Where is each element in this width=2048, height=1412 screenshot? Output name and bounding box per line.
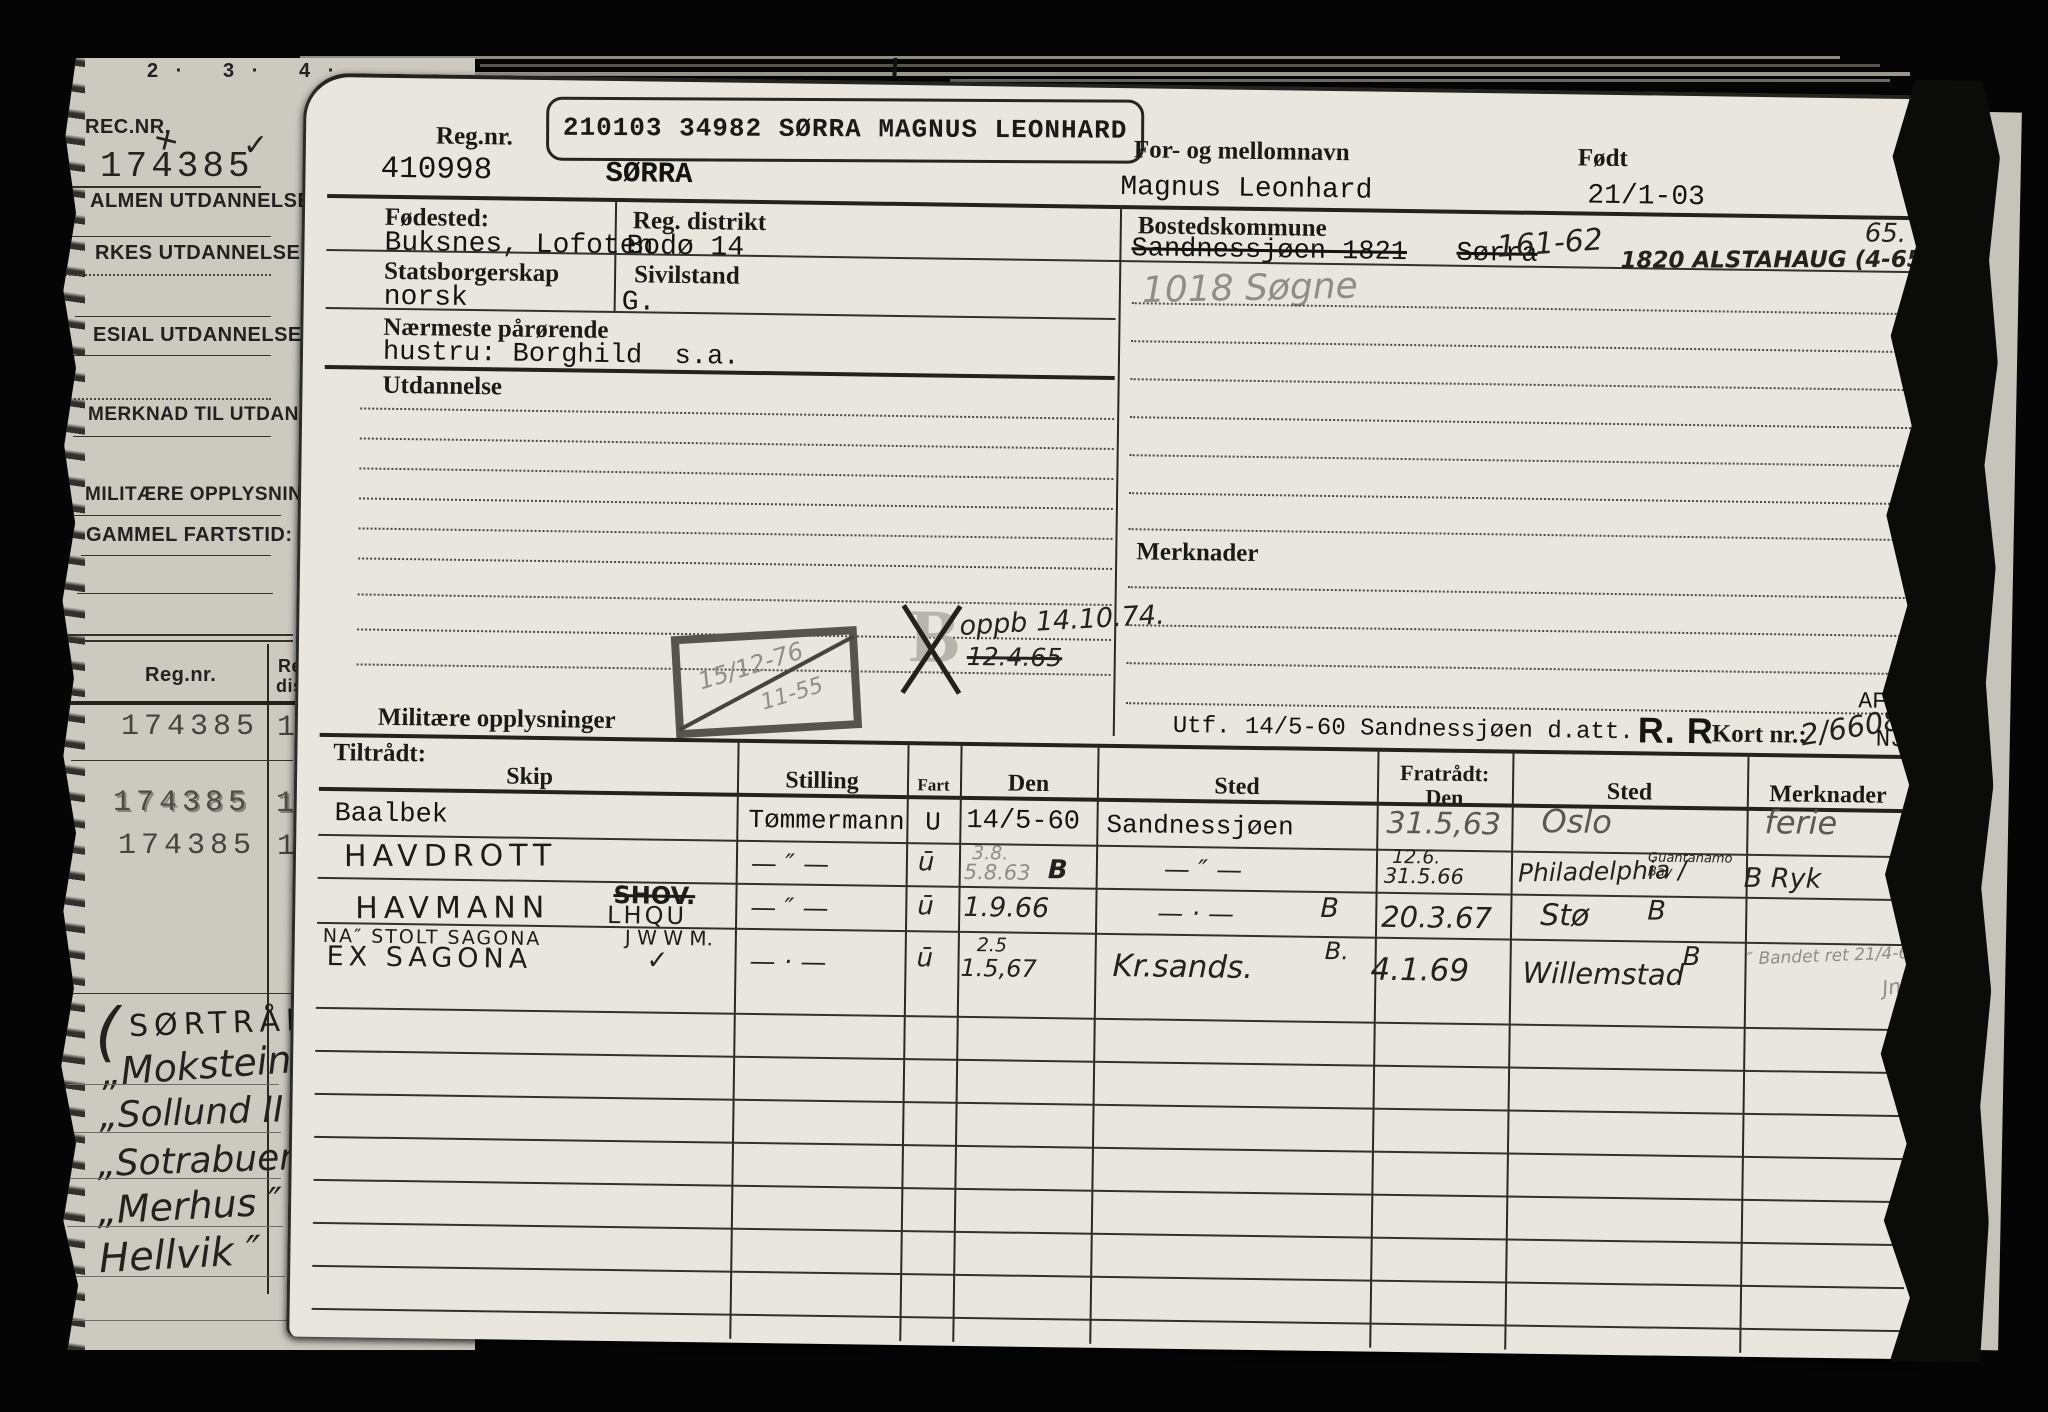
dotted-rule [1128, 586, 1912, 599]
rule [69, 993, 293, 994]
row-rule [314, 1136, 1906, 1160]
almen-utdannelse-label: ALMEN UTDANNELSE: [90, 190, 319, 213]
row-skip: HAVMANN [355, 890, 550, 926]
row-fart: ū [918, 847, 935, 877]
sivilstand-value: G. [622, 287, 656, 318]
rule [77, 593, 273, 594]
row-rule [315, 1050, 1907, 1074]
rule [73, 436, 271, 437]
row-den: 14/5-60 [966, 806, 1080, 838]
row-fart: ū [916, 943, 933, 973]
dotted-rule [1131, 378, 1915, 391]
paper-stack-edge [480, 64, 1880, 67]
row-sted: Kr.sands. [1112, 948, 1253, 986]
row-den: 1.9.66 [963, 892, 1049, 924]
dotted-rule [1131, 340, 1915, 353]
row-stilling: Tømmermann [748, 805, 904, 837]
row-sted2-extra: Guantanamo Bay [1648, 851, 1748, 880]
row-skip: HAVDROTT [344, 838, 557, 874]
rule [67, 1226, 283, 1227]
scanned-register-card: 2 · 3 · 4 · + REC.NR. 174385 ✓ ALMEN UTD… [0, 0, 2048, 1412]
utf-line: Utf. 14/5-60 Sandnessjøen d.att. [1173, 713, 1634, 746]
row-rule [317, 922, 1909, 946]
rec-nr-value: 174385 [100, 146, 254, 187]
rule-dashed [67, 398, 271, 400]
rule [67, 1132, 281, 1133]
rule [67, 1320, 287, 1321]
row-stilling: — ″ — [750, 893, 829, 924]
merknader-label: Merknader [1136, 538, 1259, 568]
row-rule [312, 1308, 1904, 1332]
ship-name: „Mokstein [100, 1037, 293, 1094]
row-sted: — ″ — [1164, 855, 1243, 886]
militaere-label: Militære opplysninger [378, 704, 616, 735]
fodt-value: 21/1-03 [1587, 181, 1705, 214]
registration-stamp-text: 210103 34982 SØRRA MAGNUS LEONHARD [563, 113, 1128, 146]
dotted-rule [1129, 492, 1913, 505]
row-sted2: Oslo [1541, 802, 1612, 841]
dotted-rule [1127, 662, 1911, 675]
fodested-value: Buksnes, Lofoten [384, 228, 653, 263]
fodt-label: Født [1578, 144, 1628, 173]
row-fratraadt: 20.3.67 [1381, 900, 1492, 936]
ship-name-value: SØRRA [605, 157, 692, 191]
dotted-rule [1130, 416, 1914, 429]
column-divider [1504, 752, 1514, 1350]
row-fart: U [906, 807, 959, 838]
spesial-utdannelse-label: ESIAL UTDANNELSE: [93, 324, 309, 347]
fornavn-value: Magnus Leonhard [1120, 172, 1372, 207]
rec-nr-label: REC.NR. [85, 116, 171, 139]
row-fratraadt: 4.1.69 [1370, 952, 1469, 989]
ship-name: Hellvik ″ [98, 1228, 263, 1282]
column-divider [1089, 746, 1099, 1344]
row-merknader: ″ Bandet ret 21/4-67 [1746, 943, 1920, 970]
handwritten-struck-date: 12.4.65 [967, 642, 1063, 672]
dotted-rule [358, 593, 1112, 606]
dotted-rule [359, 527, 1113, 540]
rule [61, 236, 271, 237]
gammel-fartstid-label: GAMMEL FARTSTID: [86, 524, 293, 547]
row-check: ✓ [646, 945, 668, 975]
row-rule [315, 1093, 1907, 1117]
ship-name: „Sollund II ″ [98, 1088, 309, 1136]
column-divider [1739, 755, 1749, 1353]
handwritten-oppb: oppb 14.10.74. [959, 600, 1166, 642]
dotted-rule [360, 437, 1114, 450]
row-den: 1.5,67 [960, 954, 1037, 983]
header-stilling: Stilling [737, 767, 907, 796]
row-den-top: 2.5 [977, 934, 1008, 956]
af-initials: AF [1858, 688, 1886, 714]
ruler-marks: 2 · 3 · 4 · [147, 60, 340, 83]
row-fart: ū [917, 891, 934, 921]
bosted-struck-value: Sandnessjøen 1821 [1131, 234, 1407, 268]
table-row-regnr: 174385 [118, 829, 256, 863]
rule [75, 316, 271, 317]
row-stilling: — ″ — [751, 849, 830, 880]
header-den: Den [960, 770, 1097, 799]
rule [69, 186, 261, 188]
rule-dashed [65, 274, 271, 276]
row-sted-b: B [1320, 893, 1339, 924]
table-row-regnr: 174385 [113, 786, 251, 820]
row-rule [316, 1007, 1908, 1031]
utdannelse-label: Utdannelse [382, 372, 502, 402]
regnr-column-header: Reg.nr. [145, 664, 216, 687]
rule [65, 701, 295, 705]
row-den-b: B [1048, 855, 1068, 885]
section-divider [1113, 206, 1122, 736]
row-sted2: Willemstad [1522, 956, 1684, 992]
fornavn-label: For- og mellomnavn [1134, 136, 1350, 167]
handwritten-65: 65. [1865, 218, 1907, 249]
main-register-card: Reg.nr. 210103 34982 SØRRA MAGNUS LEONHA… [286, 73, 1941, 1360]
rr-stamp: R. R [1638, 709, 1715, 752]
dotted-rule [358, 557, 1112, 570]
paper-stack-edge [950, 79, 1890, 82]
row-skip: Baalbek [334, 799, 448, 831]
row-fratraadt: 31.5,63 [1386, 806, 1501, 843]
rule [67, 640, 293, 642]
table-row-regnr: 174385 [121, 710, 259, 744]
row-sted: — · — [1157, 899, 1234, 930]
row-fratraadt: 31.5.66 [1384, 864, 1464, 889]
rule [73, 515, 281, 516]
kort-nr-label: Kort nr.: [1712, 720, 1807, 749]
regnr-value: 410998 [380, 152, 492, 189]
yrkes-utdannelse-label: RKES UTDANNELSE: [95, 242, 307, 265]
row-stilling: — · — [749, 947, 826, 978]
row-sted2-b: B [1647, 895, 1666, 926]
row-skip-top2: J W W M. [625, 925, 713, 950]
registration-stamp-box: 210103 34982 SØRRA MAGNUS LEONHARD [546, 97, 1144, 164]
dotted-rule [1127, 624, 1911, 637]
row-rule [312, 1265, 1904, 1289]
column-divider [729, 741, 739, 1339]
rule [71, 355, 271, 356]
x-cross-mark [896, 597, 967, 702]
rule [67, 1276, 285, 1277]
row-sted-b: B. [1325, 937, 1349, 965]
row-merknader: ferie [1764, 803, 1837, 842]
row-skip: EX SAGONA [326, 941, 532, 975]
rule [67, 634, 293, 636]
rule [71, 760, 293, 761]
dotted-rule [359, 467, 1113, 480]
dotted-rule [360, 407, 1114, 420]
row-rule [313, 1222, 1905, 1246]
crossed-stamp-box: 15/12-76 11-55 [671, 626, 862, 738]
rule [67, 1178, 281, 1179]
row-den: 5.8.63 [964, 860, 1031, 885]
column-divider [1369, 750, 1379, 1348]
check-mark: ✓ [243, 128, 268, 163]
rule [67, 1084, 279, 1085]
row-sted: Sandnessjøen [1106, 810, 1294, 843]
dotted-rule [1130, 454, 1914, 467]
reg-distrikt-value: Bodø 14 [626, 231, 744, 264]
paper-stack-edge [300, 56, 1840, 59]
handwritten-alstahaug: 1820 ALSTAHAUG (4-65) [1620, 247, 1933, 274]
header-fart: Fart [907, 775, 960, 796]
ship-name: „Merhus ″ [96, 1179, 284, 1233]
regnr-label: Reg.nr. [436, 122, 513, 151]
rule [81, 555, 271, 556]
row-merknader: B Ryk [1744, 863, 1822, 895]
row-rule [313, 1179, 1905, 1203]
row-sted2-b: B [1682, 942, 1700, 972]
dotted-rule [359, 497, 1113, 510]
sivilstand-label: Sivilstand [634, 261, 740, 290]
row-sted2: Stø [1540, 898, 1590, 934]
handwritten-code: 161-62 [1496, 222, 1605, 265]
